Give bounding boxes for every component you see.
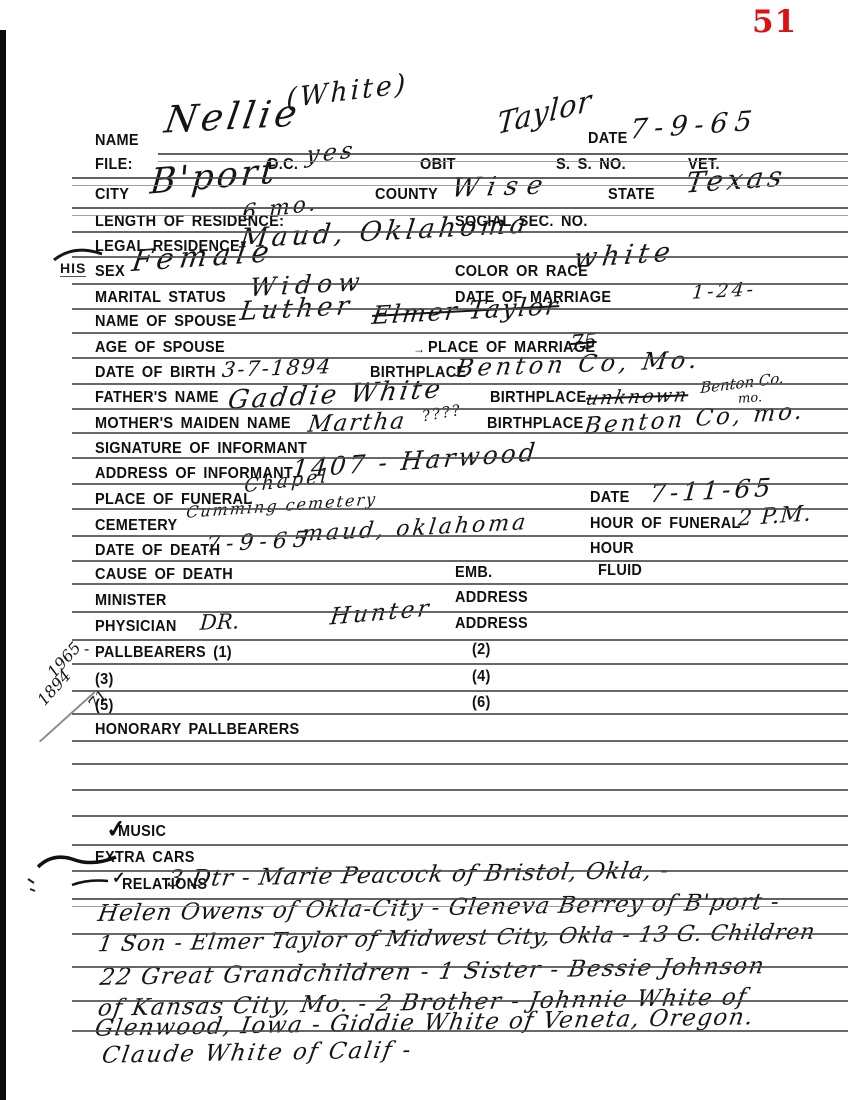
- pallbearers-2-label: (2): [472, 642, 491, 659]
- pallbearers-6-label: (6): [472, 695, 491, 712]
- rule-line: [72, 933, 848, 935]
- music-label: MUSIC: [118, 824, 166, 841]
- date-of-death-label: DATE OF DEATH: [95, 543, 220, 560]
- rule-line: [72, 740, 848, 742]
- margin-calc-year-birth: 1894: [35, 668, 74, 709]
- name-of-spouse-label: NAME OF SPOUSE: [95, 314, 237, 331]
- pallbearers-3-label: (3): [95, 672, 114, 689]
- name-label: NAME: [95, 133, 139, 150]
- rule-line: [72, 690, 848, 692]
- arrow-mark: →: [413, 342, 425, 356]
- file-label: FILE:: [95, 157, 133, 174]
- fathers-birthplace-label: BIRTHPLACE: [490, 390, 586, 407]
- mothers-maiden-name-label: MOTHER'S MAIDEN NAME: [95, 416, 291, 433]
- signature-of-informant-label: SIGNATURE OF INFORMANT: [95, 441, 307, 458]
- rule-line: [72, 432, 848, 434]
- relations-line7-handwritten: Claude White of Calif -: [100, 1039, 414, 1067]
- relations-line1-handwritten: 3 Dtr - Marie Peacock of Bristol, Okla, …: [166, 860, 671, 892]
- state-label: STATE: [608, 187, 655, 204]
- rule-line: [72, 256, 848, 258]
- date-of-birth-label: DATE OF BIRTH: [95, 365, 216, 382]
- physician-address-label: ADDRESS: [455, 616, 528, 633]
- rule-line: [72, 898, 848, 907]
- rule-line: [72, 1030, 848, 1032]
- hour-of-funeral-label: HOUR OF FUNERAL: [590, 516, 741, 533]
- pallbearers-5-label: (5): [95, 698, 114, 715]
- rule-line: [72, 844, 848, 846]
- rule-line: [72, 483, 848, 485]
- rule-line: [72, 457, 848, 459]
- funeral-record-scan: 51 HIS 1965 1894 71 NAME DATE FILE: D.C.…: [0, 0, 850, 1100]
- date-of-birth-handwritten: 3-7-1894: [221, 356, 334, 381]
- rule-line: [72, 713, 848, 715]
- rule-line: [72, 508, 848, 510]
- rule-line: [72, 283, 848, 285]
- name-middle-handwritten: (White): [286, 70, 408, 112]
- color-or-race-label: COLOR OR RACE: [455, 264, 588, 281]
- his-stamp: HIS: [60, 260, 86, 277]
- mothers-birthplace-label: BIRTHPLACE: [487, 416, 583, 433]
- honorary-pallbearers-label: HONORARY PALLBEARERS: [95, 722, 300, 739]
- funeral-date-handwritten: 7-11-65: [649, 475, 775, 507]
- pallbearers-dash-mark: -: [84, 641, 89, 659]
- funeral-date-label: DATE: [590, 490, 630, 507]
- rule-line: [72, 611, 848, 613]
- cause-of-death-label: CAUSE OF DEATH: [95, 567, 233, 584]
- rule-line: [72, 663, 848, 665]
- name-first-handwritten: Nellie: [162, 94, 303, 138]
- pallbearers-4-label: (4): [472, 669, 491, 686]
- relations-line4-handwritten: 22 Great Grandchildren - 1 Sister - Bess…: [98, 955, 767, 990]
- date-label: DATE: [588, 131, 628, 148]
- physician-name-handwritten: Hunter: [329, 597, 433, 629]
- rule-line: [72, 639, 848, 641]
- sex-label: SEX: [95, 264, 125, 281]
- minister-address-label: ADDRESS: [455, 590, 528, 607]
- rule-line: [72, 177, 848, 186]
- minister-label: MINISTER: [95, 593, 167, 610]
- page-number: 51: [752, 4, 797, 40]
- fathers-name-label: FATHER'S NAME: [95, 390, 219, 407]
- hour-label: HOUR: [590, 541, 634, 558]
- cemetery-city-handwritten: maud, oklahoma: [301, 512, 530, 546]
- rule-line: [72, 789, 848, 791]
- rule-line: [72, 870, 848, 872]
- relations-line2-handwritten: Helen Owens of Okla-City - Gleneva Berre…: [96, 891, 781, 926]
- rule-line: [72, 966, 848, 968]
- marital-status-label: MARITAL STATUS: [95, 290, 226, 307]
- rule-line: [72, 408, 848, 410]
- rule-line: [72, 308, 848, 310]
- fluid-label: FLUID: [598, 563, 642, 580]
- rule-line: [72, 1000, 848, 1002]
- extra-cars-label: EXTRA CARS: [95, 850, 195, 867]
- city-label: CITY: [95, 187, 129, 204]
- name-last-handwritten: Taylor: [496, 86, 593, 140]
- rule-line: [158, 153, 848, 162]
- spouse-struck-handwritten: Elmer Taylor: [371, 293, 561, 328]
- rule-line: [72, 535, 848, 537]
- emb-label: EMB.: [455, 565, 492, 582]
- date-of-death-handwritten: 7-9-65: [205, 529, 314, 557]
- birthplace-handwritten: Benton Co, Mo.: [454, 348, 702, 381]
- rule-line: [72, 207, 848, 216]
- age-of-spouse-label: AGE OF SPOUSE: [95, 340, 225, 357]
- county-label: COUNTY: [375, 187, 438, 204]
- physician-label: PHYSICIAN: [95, 619, 177, 636]
- rule-line: [72, 583, 848, 585]
- scan-edge-artifact: [0, 30, 6, 1100]
- rule-line: [72, 815, 848, 817]
- rule-line: [72, 763, 848, 765]
- rule-line: [72, 383, 848, 385]
- mothers-query-handwritten: ????: [421, 403, 463, 425]
- cemetery-label: CEMETERY: [95, 518, 177, 535]
- rule-line: [72, 231, 848, 233]
- rule-line: [72, 332, 848, 334]
- relations-line3-handwritten: 1 Son - Elmer Taylor of Midwest City, Ok…: [96, 922, 817, 957]
- physician-prefix-handwritten: DR.: [199, 611, 240, 633]
- record-date-handwritten: 7-9-65: [629, 107, 761, 143]
- pallbearers-1-label: PALLBEARERS (1): [95, 645, 232, 662]
- fathers-birthplace-struck-handwritten: unknown: [584, 386, 689, 409]
- rule-line: [72, 560, 848, 562]
- rule-line: [72, 357, 848, 359]
